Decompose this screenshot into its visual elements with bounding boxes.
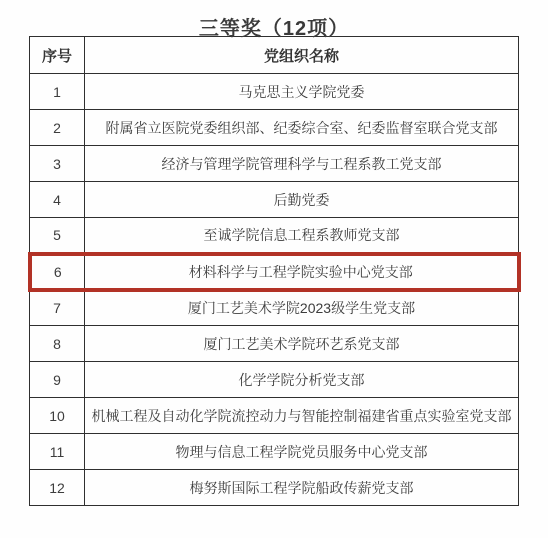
org-name: 材料科学与工程学院实验中心党支部 xyxy=(85,254,519,290)
org-name: 附属省立医院党委组织部、纪委综合室、纪委监督室联合党支部 xyxy=(85,110,519,146)
org-name: 物理与信息工程学院党员服务中心党支部 xyxy=(85,434,519,470)
row-number: 11 xyxy=(30,434,85,470)
table-row: 10机械工程及自动化学院流控动力与智能控制福建省重点实验室党支部 xyxy=(30,398,519,434)
row-number: 3 xyxy=(30,146,85,182)
row-number: 4 xyxy=(30,182,85,218)
row-number: 6 xyxy=(30,254,85,290)
row-number: 5 xyxy=(30,218,85,254)
table-row: 11物理与信息工程学院党员服务中心党支部 xyxy=(30,434,519,470)
table-header: 序号 党组织名称 xyxy=(30,37,519,74)
header-row: 序号 党组织名称 xyxy=(30,37,519,74)
table-row-highlighted: 6材料科学与工程学院实验中心党支部 xyxy=(30,254,519,290)
org-name: 马克思主义学院党委 xyxy=(85,74,519,110)
table-row: 8厦门工艺美术学院环艺系党支部 xyxy=(30,326,519,362)
table-row: 3经济与管理学院管理科学与工程系教工党支部 xyxy=(30,146,519,182)
award-list-page: 三等奖（12项） 序号 党组织名称 1马克思主义学院党委2附属省立医院党委组织部… xyxy=(0,0,548,538)
award-table: 序号 党组织名称 1马克思主义学院党委2附属省立医院党委组织部、纪委综合室、纪委… xyxy=(28,36,521,506)
row-number: 10 xyxy=(30,398,85,434)
org-name: 厦门工艺美术学院2023级学生党支部 xyxy=(85,290,519,326)
table-row: 4后勤党委 xyxy=(30,182,519,218)
org-name: 梅努斯国际工程学院船政传薪党支部 xyxy=(85,470,519,506)
table-row: 9化学学院分析党支部 xyxy=(30,362,519,398)
header-cell-org-name: 党组织名称 xyxy=(85,37,519,74)
row-number: 2 xyxy=(30,110,85,146)
table-row: 12梅努斯国际工程学院船政传薪党支部 xyxy=(30,470,519,506)
row-number: 9 xyxy=(30,362,85,398)
row-number: 12 xyxy=(30,470,85,506)
org-name: 经济与管理学院管理科学与工程系教工党支部 xyxy=(85,146,519,182)
page-title: 三等奖（12项） xyxy=(0,0,548,36)
table-body: 1马克思主义学院党委2附属省立医院党委组织部、纪委综合室、纪委监督室联合党支部3… xyxy=(30,74,519,506)
table-row: 5至诚学院信息工程系教师党支部 xyxy=(30,218,519,254)
header-cell-number: 序号 xyxy=(30,37,85,74)
org-name: 化学学院分析党支部 xyxy=(85,362,519,398)
org-name: 机械工程及自动化学院流控动力与智能控制福建省重点实验室党支部 xyxy=(85,398,519,434)
row-number: 7 xyxy=(30,290,85,326)
table-row: 1马克思主义学院党委 xyxy=(30,74,519,110)
table-row: 7厦门工艺美术学院2023级学生党支部 xyxy=(30,290,519,326)
org-name: 后勤党委 xyxy=(85,182,519,218)
row-number: 8 xyxy=(30,326,85,362)
org-name: 厦门工艺美术学院环艺系党支部 xyxy=(85,326,519,362)
org-name: 至诚学院信息工程系教师党支部 xyxy=(85,218,519,254)
row-number: 1 xyxy=(30,74,85,110)
table-row: 2附属省立医院党委组织部、纪委综合室、纪委监督室联合党支部 xyxy=(30,110,519,146)
